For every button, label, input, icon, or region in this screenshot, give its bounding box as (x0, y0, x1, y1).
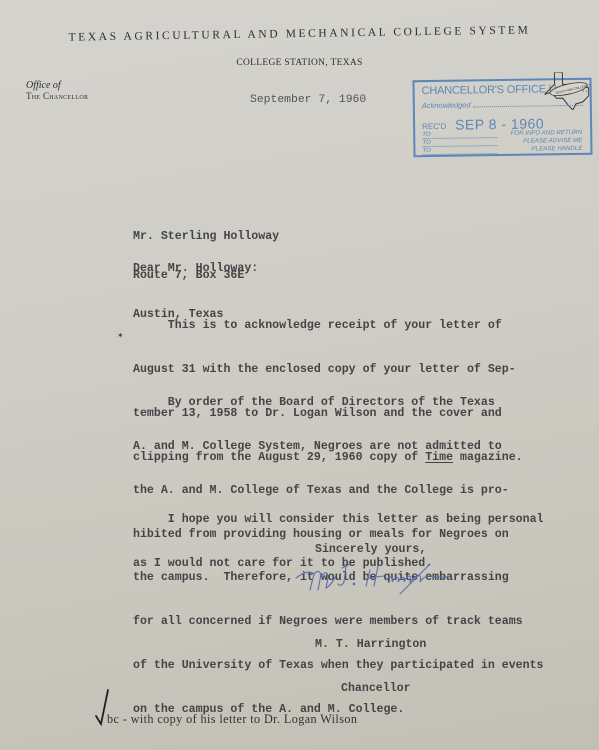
body-line: A. and M. College System, Negroes are no… (133, 440, 544, 455)
salutation: Dear Mr. Holloway: (133, 262, 258, 275)
letter-date: September 7, 1960 (250, 94, 366, 106)
office-of-chancellor: Office of The Chancellor (26, 80, 88, 101)
blind-copy-note: bc - with copy of his letter to Dr. Loga… (107, 712, 357, 727)
signature-block: M. T. Harrington Chancellor (315, 609, 426, 711)
letterhead-location: COLLEGE STATION, TEXAS (0, 58, 599, 68)
letterhead-organization: TEXAS AGRICULTURAL AND MECHANICAL COLLEG… (0, 23, 599, 44)
margin-mark: ✶ (117, 331, 124, 340)
body-line: By order of the Board of Directors of th… (133, 396, 544, 411)
stamp-routing-row: TOPLEASE HANDLE (422, 145, 582, 155)
body-line: This is to acknowledge receipt of your l… (133, 319, 523, 334)
stamp-received-label: REC'D (422, 122, 446, 131)
signer-name: M. T. Harrington (315, 638, 426, 653)
closing: Sincerely yours, (315, 543, 426, 556)
office-of-label: Office of (26, 80, 88, 91)
recipient-name: Mr. Sterling Holloway (133, 230, 279, 243)
the-chancellor-label: The Chancellor (26, 91, 88, 101)
body-line: I hope you will consider this letter as … (133, 513, 544, 528)
received-stamp: CHANCELLOR'S OFFICE U. OF T. TEXAS A&M C… (412, 78, 592, 157)
signer-title: Chancellor (315, 682, 426, 697)
handwritten-signature (290, 556, 470, 596)
